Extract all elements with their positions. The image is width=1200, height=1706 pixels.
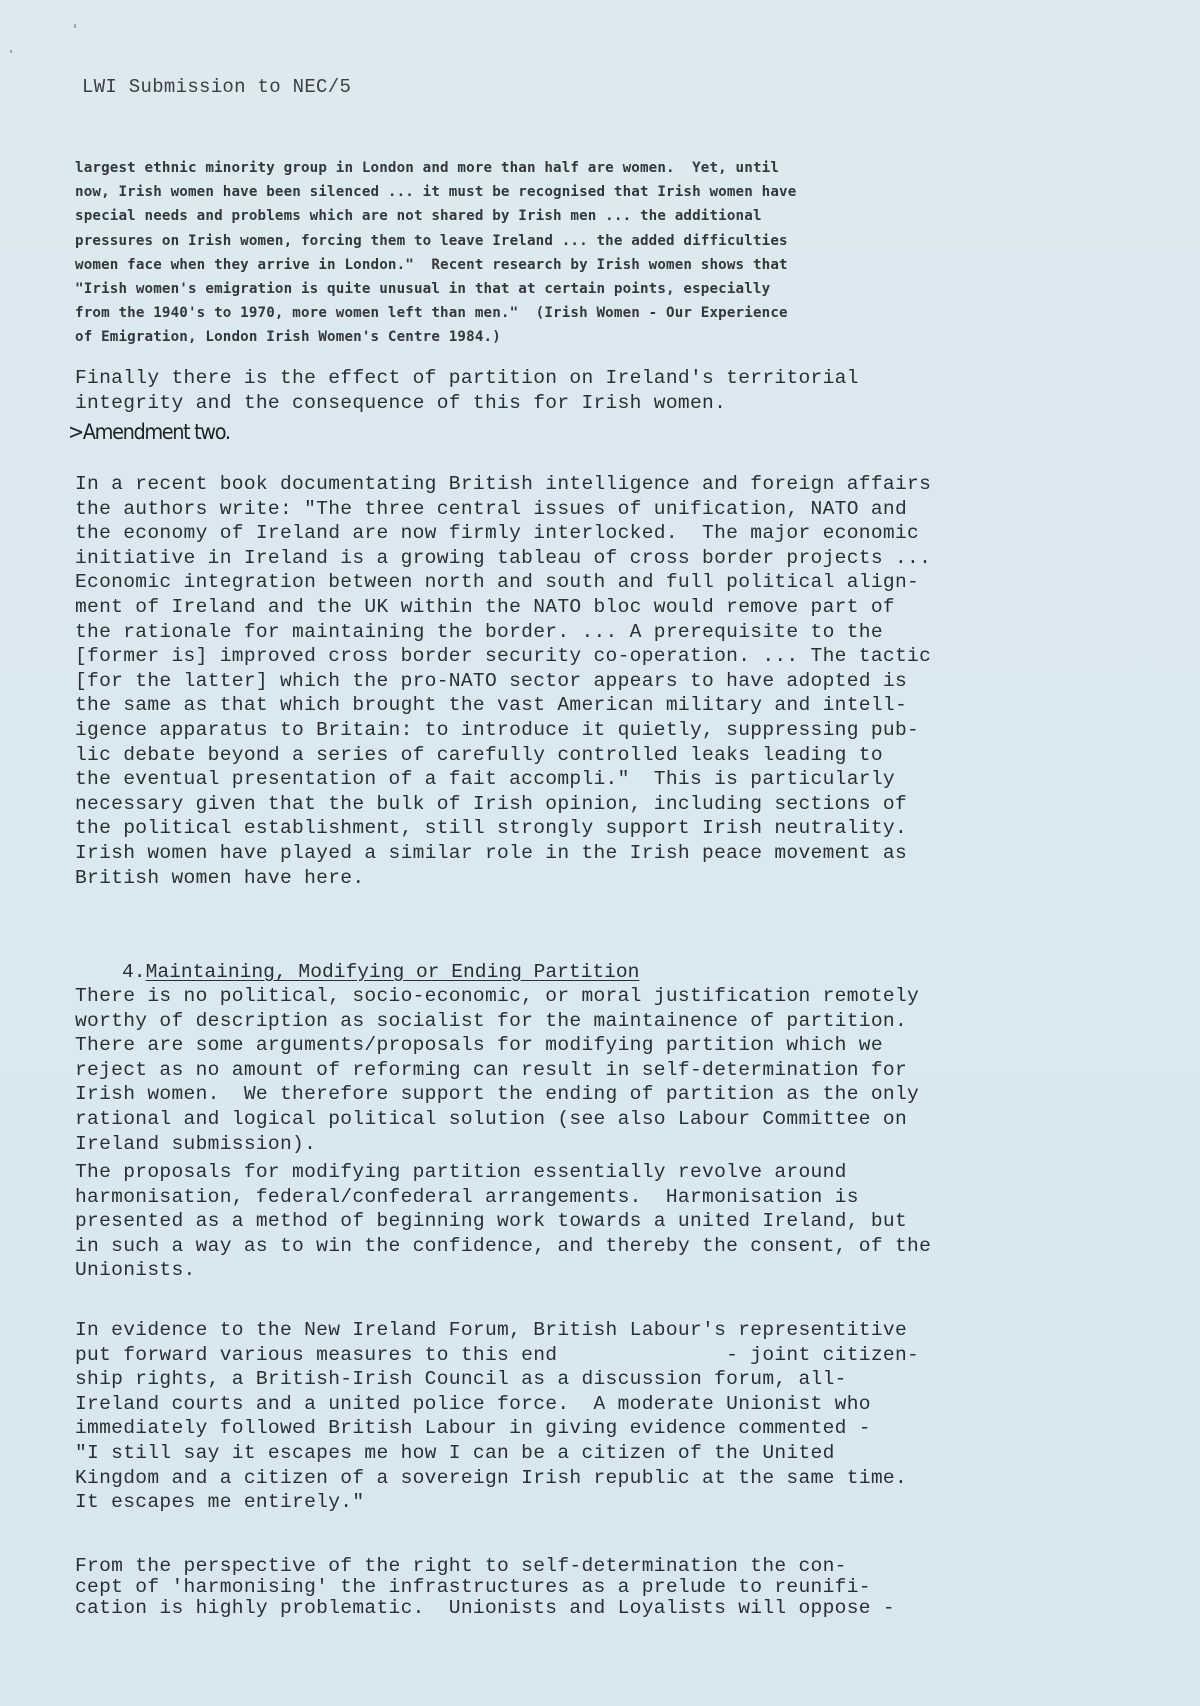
section-paragraph-harmonising: From the perspective of the right to sel… [75,1556,895,1619]
text-line: now, Irish women have been silenced ... … [75,180,796,204]
document-header: LWI Submission to NEC/5 [82,76,351,98]
text-line: In evidence to the New Ireland Forum, Br… [75,1318,919,1343]
section-paragraph-forum-evidence: In evidence to the New Ireland Forum, Br… [75,1318,919,1515]
text-line: In a recent book documentating British i… [75,472,931,497]
text-line: immediately followed British Labour in g… [75,1416,919,1441]
text-line: the same as that which brought the vast … [75,693,931,718]
intelligence-paragraph: In a recent book documentating British i… [75,472,931,890]
text-line: presented as a method of beginning work … [75,1209,931,1234]
text-line: Ireland courts and a united police force… [75,1392,919,1417]
text-line: of Emigration, London Irish Women's Cent… [75,325,796,349]
text-line: reject as no amount of reforming can res… [75,1058,919,1083]
text-line: from the 1940's to 1970, more women left… [75,301,796,325]
text-line: special needs and problems which are not… [75,204,796,228]
text-line: Unionists. [75,1258,931,1283]
text-line: igence apparatus to Britain: to introduc… [75,718,931,743]
text-line: ship rights, a British-Irish Council as … [75,1367,919,1392]
text-line: pressures on Irish women, forcing them t… [75,229,796,253]
text-line: integrity and the consequence of this fo… [75,391,859,416]
text-line: largest ethnic minority group in London … [75,156,796,180]
text-line: From the perspective of the right to sel… [75,1556,895,1577]
text-line: necessary given that the bulk of Irish o… [75,792,931,817]
text-line: Kingdom and a citizen of a sovereign Iri… [75,1466,919,1491]
text-line: lic debate beyond a series of carefully … [75,743,931,768]
text-line: initiative in Ireland is a growing table… [75,546,931,571]
text-line: the economy of Ireland are now firmly in… [75,521,931,546]
text-line: It escapes me entirely." [75,1490,919,1515]
partition-paragraph: Finally there is the effect of partition… [75,366,859,415]
text-line: "Irish women's emigration is quite unusu… [75,277,796,301]
text-line: There is no political, socio-economic, o… [75,984,919,1009]
text-line: in such a way as to win the confidence, … [75,1234,931,1259]
text-line: the rationale for maintaining the border… [75,620,931,645]
text-line: the eventual presentation of a fait acco… [75,767,931,792]
text-line: Finally there is the effect of partition… [75,366,859,391]
text-line: worthy of description as socialist for t… [75,1009,919,1034]
text-line: harmonisation, federal/confederal arrang… [75,1185,931,1210]
text-line: [for the latter] which the pro-NATO sect… [75,669,931,694]
text-line: women face when they arrive in London." … [75,253,796,277]
text-line: cation is highly problematic. Unionists … [75,1598,895,1619]
handwritten-note: >Amendment two. [68,420,230,444]
text-line: the political establishment, still stron… [75,816,931,841]
scan-speck [74,24,76,28]
text-line: the authors write: "The three central is… [75,497,931,522]
text-line: Irish women have played a similar role i… [75,841,931,866]
text-line: rational and logical political solution … [75,1107,919,1132]
document-page: LWI Submission to NEC/5 largest ethnic m… [0,0,1200,1706]
quote-block: largest ethnic minority group in London … [75,156,796,350]
section-title: Maintaining, Modifying or Ending Partiti… [146,961,640,983]
scan-speck [10,50,12,53]
text-line: Ireland submission). [75,1132,919,1157]
text-line: There are some arguments/proposals for m… [75,1033,919,1058]
section-number: 4. [122,961,146,983]
section-paragraph-justification: There is no political, socio-economic, o… [75,984,919,1156]
text-line: Irish women. We therefore support the en… [75,1082,919,1107]
text-line: put forward various measures to this end… [75,1343,919,1368]
text-line: British women have here. [75,866,931,891]
text-line: Economic integration between north and s… [75,570,931,595]
text-line: ment of Ireland and the UK within the NA… [75,595,931,620]
section-paragraph-proposals: The proposals for modifying partition es… [75,1160,931,1283]
text-line: The proposals for modifying partition es… [75,1160,931,1185]
text-line: "I still say it escapes me how I can be … [75,1441,919,1466]
text-line: [former is] improved cross border securi… [75,644,931,669]
text-line: cept of 'harmonising' the infrastructure… [75,1577,895,1598]
